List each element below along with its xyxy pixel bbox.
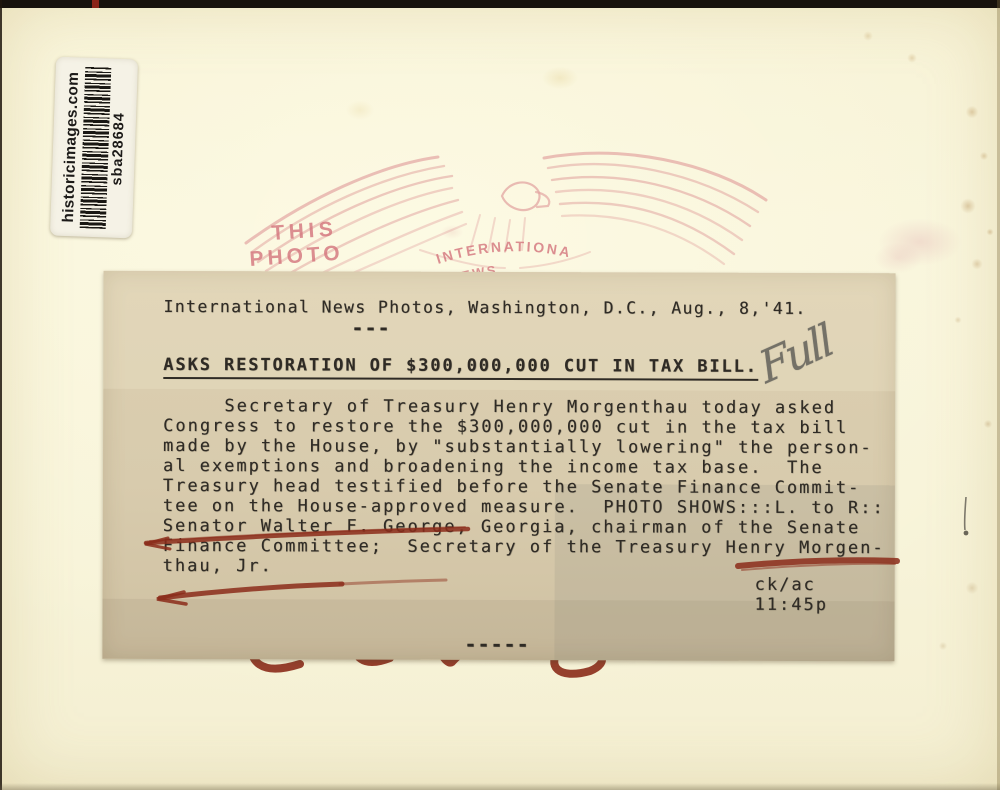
- photo-back: INTERNATIONAL NEWS THIS PHOTO Internatio…: [0, 0, 1000, 790]
- caption-body-line: made by the House, by "substantially low…: [163, 436, 873, 458]
- caption-body-line: Finance Committee; Secretary of the Trea…: [163, 536, 885, 558]
- scan-left-edge: [0, 0, 2, 790]
- barcode-sticker-content: historicimages.com sba28684: [50, 57, 138, 239]
- end-dashes: -----: [464, 632, 529, 656]
- barcode-sticker: historicimages.com sba28684: [50, 57, 138, 239]
- divider-dashes: ---: [351, 316, 390, 340]
- stamp-this-text: THIS: [271, 217, 338, 245]
- agency-dateline: International News Photos, Washington, D…: [163, 297, 806, 318]
- time-stamp: 11:45p: [755, 595, 828, 615]
- caption-body-line: tee on the House-approved measure. PHOTO…: [163, 496, 885, 518]
- caption-body-line: thau, Jr.: [163, 556, 273, 576]
- news-agency-stamp: INTERNATIONAL NEWS THIS PHOTO: [0, 0, 1000, 300]
- caption-body-line: al exemptions and broadening the income …: [163, 456, 824, 478]
- caption-body-line: Treasury head testified before the Senat…: [163, 476, 860, 498]
- caption-slip: International News Photos, Washington, D…: [102, 271, 895, 661]
- scan-bottom-edge: [0, 783, 1000, 790]
- barcode-icon: [79, 66, 111, 229]
- caption-headline: ASKS RESTORATION OF $300,000,000 CUT IN …: [163, 355, 758, 381]
- sticker-code-text: sba28684: [109, 111, 128, 185]
- sticker-site-text: historicimages.com: [59, 71, 82, 223]
- caption-body-line: Senator Walter F. George, Georgia, chair…: [163, 516, 860, 538]
- stamp-photo-text: PHOTO: [249, 241, 345, 271]
- editor-credit: ck/ac: [755, 575, 816, 595]
- caption-body-line: Secretary of Treasury Henry Morgenthau t…: [163, 396, 836, 418]
- caption-body-line: Congress to restore the $300,000,000 cut…: [163, 416, 848, 438]
